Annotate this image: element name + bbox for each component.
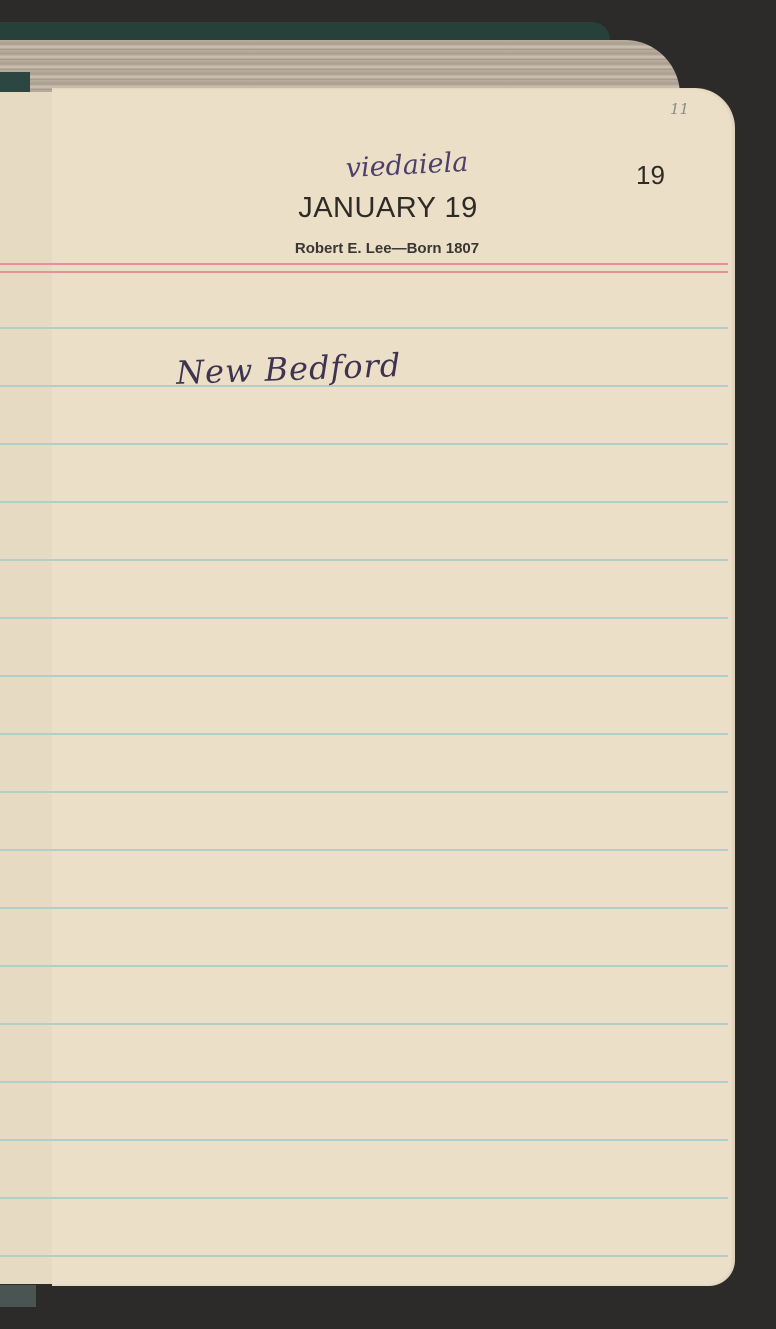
ruled-line-blue <box>0 1139 728 1141</box>
ruled-line-blue <box>0 675 728 677</box>
ruled-line-blue <box>0 1023 728 1025</box>
ruled-line-blue <box>0 559 728 561</box>
page-edges-stack <box>0 40 680 95</box>
anniversary-note: Robert E. Lee—Born 1807 <box>262 240 512 257</box>
ruled-line-blue <box>0 1081 728 1083</box>
date-heading: JANUARY 19 <box>268 192 508 225</box>
ruled-line-blue <box>0 907 728 909</box>
ruled-line-blue <box>0 327 728 329</box>
page-number: 19 <box>636 160 665 191</box>
ruled-line-blue <box>0 617 728 619</box>
header-rule-red-1 <box>0 263 728 265</box>
header-rule-red-2 <box>0 271 728 273</box>
pencil-page-mark: 11 <box>670 100 689 118</box>
handwritten-entry: New Bedford <box>175 346 402 392</box>
spine-tab <box>0 72 30 94</box>
ruled-line-blue <box>0 443 728 445</box>
ruled-line-blue <box>0 1255 728 1257</box>
diary-page <box>52 88 735 1286</box>
ruled-line-blue <box>0 849 728 851</box>
ruled-line-blue <box>0 965 728 967</box>
spine-bottom <box>0 1285 36 1307</box>
ruled-line-blue <box>0 791 728 793</box>
ruled-line-blue <box>0 501 728 503</box>
ruled-line-blue <box>0 1197 728 1199</box>
ruled-line-blue <box>0 733 728 735</box>
